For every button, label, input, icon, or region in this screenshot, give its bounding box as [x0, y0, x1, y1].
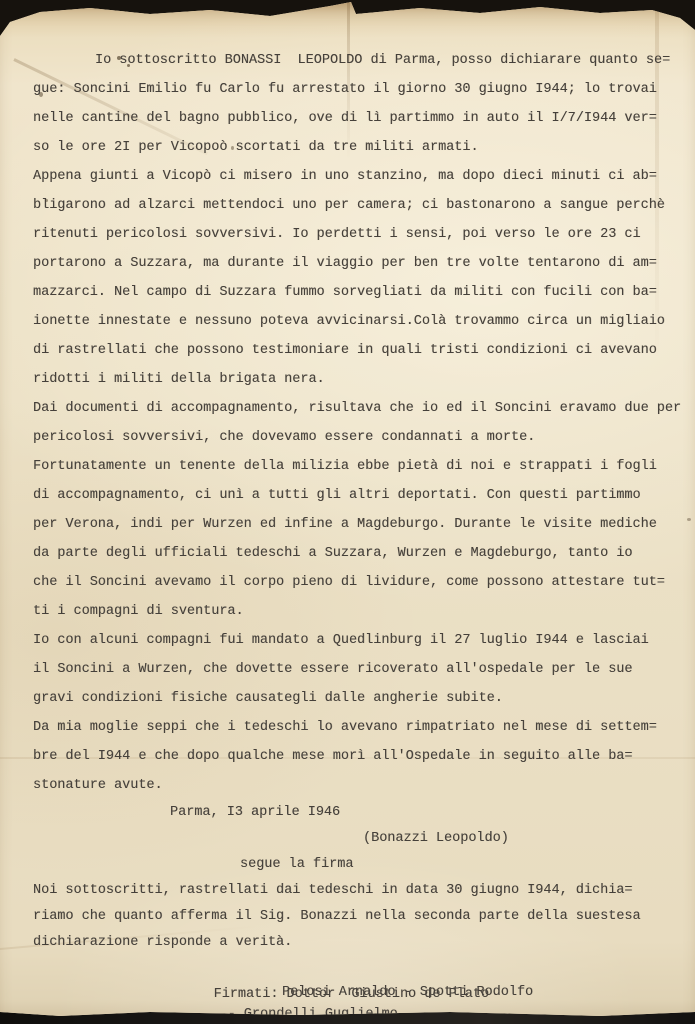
text-line: il Soncini a Wurzen, che dovette essere …	[33, 655, 691, 684]
text-line: bligarono ad alzarci mettendoci uno per …	[33, 191, 691, 220]
text-line: stonature avute.	[33, 771, 691, 800]
text-line: per Verona, indi per Wurzen ed infine a …	[33, 510, 691, 539]
text-line: so le ore 2I per Vicopoò scortati da tre…	[33, 133, 691, 162]
text-line: Fortunatamente un tenente della milizia …	[33, 452, 691, 481]
text-line: gravi condizioni fisiche causategli dall…	[33, 684, 691, 713]
photo-background: { "photo": { "background_color": "#16120…	[0, 0, 695, 1024]
text-line: portarono a Suzzara, ma durante il viagg…	[33, 249, 691, 278]
text-line: ritenuti pericolosi sovversivi. Io perde…	[33, 220, 691, 249]
witness-line: Noi sottoscritti, rastrellati dai tedesc…	[33, 878, 691, 904]
witness-line: riamo che quanto afferma il Sig. Bonazzi…	[33, 904, 691, 930]
text-line: nelle cantine del bagno pubblico, ove di…	[33, 104, 691, 133]
text-line: Io sottoscritto BONASSI LEOPOLDO di Parm…	[33, 46, 691, 75]
text-line: bre del I944 e che dopo qualche mese mor…	[33, 742, 691, 771]
signer-name-line: (Bonazzi Leopoldo)	[33, 826, 691, 852]
text-line: che il Soncini avevamo il corpo pieno di…	[33, 568, 691, 597]
text-line: ti i compagni di sventura.	[33, 597, 691, 626]
text-line: Dai documenti di accompagnamento, risult…	[33, 394, 691, 423]
text-line: mazzarci. Nel campo di Suzzara fummo sor…	[33, 278, 691, 307]
witness-signature: Pelosi Arnaldo - Spotti Rodolfo	[33, 982, 691, 1004]
document-text: Io sottoscritto BONASSI LEOPOLDO di Parm…	[33, 46, 691, 1004]
signature-note-line: segue la firma	[33, 852, 691, 878]
witness-line: dichiarazione risponde a verità.	[33, 930, 691, 956]
text-line: pericolosi sovversivi, che dovevamo esse…	[33, 423, 691, 452]
text-line: Appena giunti a Vicopò ci misero in uno …	[33, 162, 691, 191]
text-line: di accompagnamento, ci unì a tutti gli a…	[33, 481, 691, 510]
text-line: Da mia moglie seppi che i tedeschi lo av…	[33, 713, 691, 742]
text-line: da parte degli ufficiali tedeschi a Suzz…	[33, 539, 691, 568]
date-line: Parma, I3 aprile I946	[33, 800, 691, 826]
text-line: ionette innestate e nessuno poteva avvic…	[33, 307, 691, 336]
text-line: gue: Soncini Emilio fu Carlo fu arrestat…	[33, 75, 691, 104]
text-line: Io con alcuni compagni fui mandato a Que…	[33, 626, 691, 655]
signatures-line: Firmati: Dottor Giustino de Plato - Gron…	[33, 956, 691, 982]
document-page: Io sottoscritto BONASSI LEOPOLDO di Parm…	[0, 0, 695, 1024]
text-line: di rastrellati che possono testimoniare …	[33, 336, 691, 365]
text-line: ridotti i militi della brigata nera.	[33, 365, 691, 394]
